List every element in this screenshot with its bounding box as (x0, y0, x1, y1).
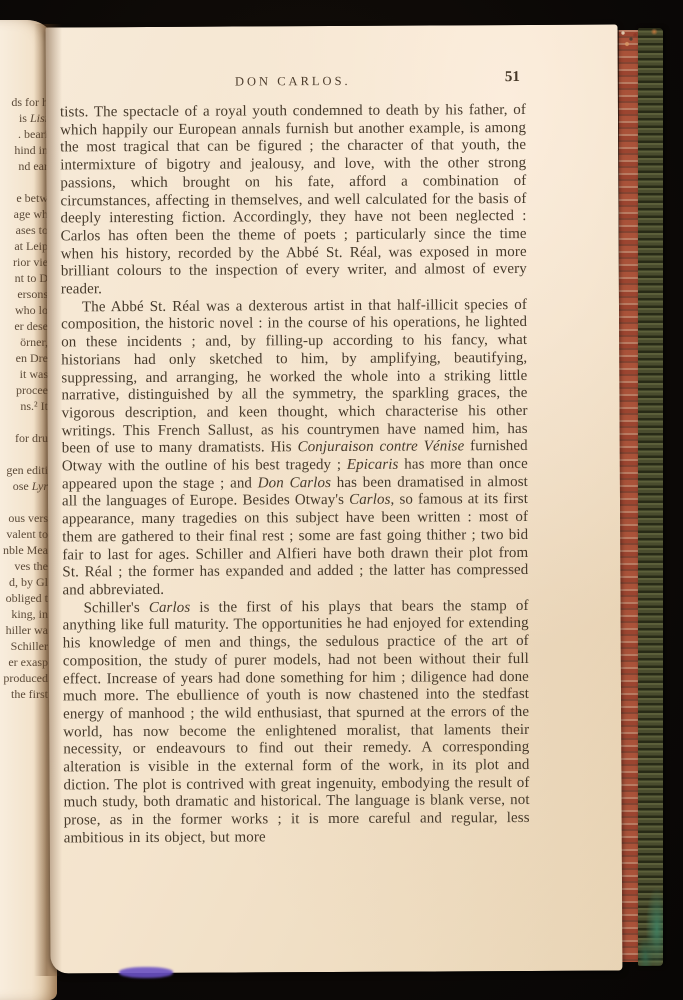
text-segment: hind in (14, 143, 48, 157)
facing-page-text-fragment: for dru (0, 430, 48, 446)
facing-page-text-fragment: valent to (0, 526, 48, 542)
text-segment: is (19, 111, 30, 125)
facing-page-text-fragment: en Dre (0, 350, 48, 366)
green-cover-edge (638, 28, 663, 966)
facing-page-text-fragment (0, 446, 48, 462)
book-photo-scene: ds for his Lisi. bearihind innd ear e be… (0, 0, 683, 1000)
facing-page-text-fragment: hiller wa (0, 622, 48, 638)
text-segment: ds for h (11, 95, 48, 109)
book-page: DON CARLOS. 51 tists. The spectacle of a… (46, 25, 623, 974)
facing-page-text-fragment: nd ear (0, 158, 48, 174)
facing-page-text-fragment: procee (0, 382, 48, 398)
facing-page-text-fragment: . beari (0, 126, 48, 142)
text-segment: er dese (14, 319, 48, 333)
text-segment: nble Mea (3, 543, 48, 557)
paragraph: The Abbé St. Réal was a dexterous artist… (61, 297, 529, 600)
italic-text-segment: Carlos (349, 492, 391, 508)
italic-text-segment: Carlos (149, 599, 191, 615)
facing-page-text-fragment: nble Mea (0, 542, 48, 558)
facing-page-text-fragment: ns.² It (0, 398, 48, 414)
text-segment: procee (16, 383, 48, 397)
italic-text-segment: Don Carlos (258, 475, 331, 491)
facing-page-text-fragment: gen editi (0, 462, 48, 478)
text-segment: Schiller (11, 639, 48, 653)
italic-text-segment: Epicaris (347, 457, 399, 473)
facing-page-text-fragment: the first (0, 686, 48, 702)
text-segment: ases to (16, 223, 48, 237)
text-segment: gen editi (6, 463, 48, 477)
text-segment: ose (13, 479, 32, 493)
text-segment: the first (11, 687, 48, 701)
facing-page-text-fragment (0, 174, 48, 190)
paragraph: tists. The spectacle of a royal youth co… (60, 102, 527, 299)
text-segment: for dru (15, 431, 48, 445)
text-segment: age wh (14, 207, 48, 221)
facing-page-text-fragment: rior vie (0, 254, 48, 270)
page-header: DON CARLOS. 51 (60, 71, 526, 91)
facing-page-text-fragment: örner, (0, 334, 48, 350)
running-title: DON CARLOS. (235, 74, 351, 89)
page-text: tists. The spectacle of a royal youth co… (60, 102, 530, 848)
facing-page-text-fragment: nt to D (0, 270, 48, 286)
text-segment: hiller wa (6, 623, 48, 637)
facing-page-text-fragment: ases to (0, 222, 48, 238)
purple-mark (119, 967, 173, 978)
facing-page-text-fragment: ersons (0, 286, 48, 302)
text-segment: is the first of his plays that bears the… (63, 598, 530, 847)
text-segment: ns.² It (20, 399, 48, 413)
text-segment: örner, (20, 335, 48, 349)
facing-page-text-fragment: obliged t (0, 590, 48, 606)
text-segment: nd ear (18, 159, 48, 173)
facing-page-text-fragment: produced (0, 670, 48, 686)
facing-page-text-fragment: it was (0, 366, 48, 382)
italic-text-segment: Lyr (32, 479, 48, 493)
page-number: 51 (505, 69, 520, 86)
facing-page-text-fragment: ds for h (0, 94, 48, 110)
text-segment: ous vers (8, 511, 48, 525)
facing-page-text-fragment: who lo (0, 302, 48, 318)
text-segment: tists. The spectacle of a royal youth co… (60, 102, 527, 297)
text-segment: en Dre (16, 351, 48, 365)
facing-page-text-fragment: e betw (0, 190, 48, 206)
facing-page-text-fragment: at Leip (0, 238, 48, 254)
text-segment: . beari (18, 127, 48, 141)
text-segment: ersons (17, 287, 48, 301)
facing-page-text-fragment: d, by Gl (0, 574, 48, 590)
text-segment: Schiller's (84, 600, 149, 616)
text-segment: it was (20, 367, 48, 381)
text-segment: who lo (15, 303, 48, 317)
facing-page-text-fragment: age wh (0, 206, 48, 222)
facing-page-text-fragment: er dese (0, 318, 48, 334)
text-segment: rior vie (13, 255, 48, 269)
text-segment: valent to (6, 527, 48, 541)
text-segment: d, by Gl (9, 575, 48, 589)
facing-page-text-fragment: king, in (0, 606, 48, 622)
facing-page-text-fragment: hind in (0, 142, 48, 158)
text-segment: er exasp (8, 655, 48, 669)
paragraph: Schiller's Carlos is the first of his pl… (63, 598, 530, 848)
facing-page-text-fragment: ves the (0, 558, 48, 574)
text-segment: obliged t (6, 591, 48, 605)
text-segment: nt to D (15, 271, 48, 285)
facing-page-text-fragment: er exasp (0, 654, 48, 670)
text-segment: e betw (16, 191, 48, 205)
facing-page-text-fragment (0, 414, 48, 430)
facing-page-text-fragment: ous vers (0, 510, 48, 526)
text-segment: The Abbé St. Réal was a dexterous artist… (61, 297, 528, 457)
facing-page-text-fragment (0, 494, 48, 510)
text-segment: at Leip (14, 239, 48, 253)
text-segment: produced (3, 671, 48, 685)
italic-text-segment: Conjuraison contre Vénise (298, 439, 465, 456)
text-segment: king, in (11, 607, 48, 621)
text-segment: ves the (14, 559, 48, 573)
facing-page-text-fragment: ose Lyr (0, 478, 48, 494)
facing-page-text-fragment: Schiller (0, 638, 48, 654)
facing-page-text-fragment: is Lisi (0, 110, 48, 126)
